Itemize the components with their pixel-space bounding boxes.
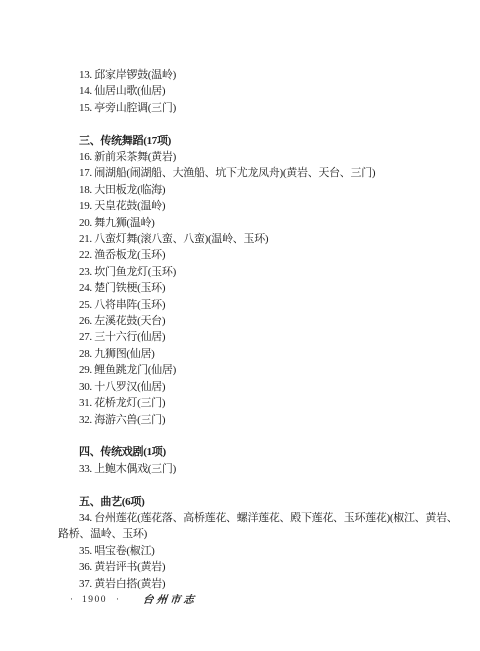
list-item: 19. 天皇花鼓(温岭) (58, 198, 438, 214)
list-item: 33. 上鲍木偶戏(三门) (58, 461, 438, 477)
list-item: 32. 海游六兽(三门) (58, 412, 438, 428)
list-item: 15. 亭旁山腔调(三门) (58, 100, 438, 116)
list-item: 20. 舞九狮(温岭) (58, 215, 438, 231)
page-number: 1900 (82, 595, 107, 605)
list-item: 16. 新前采茶舞(黄岩) (58, 149, 438, 165)
text-column: 13. 邱家岸锣鼓(温岭)14. 仙居山歌(仙居)15. 亭旁山腔调(三门)三、… (58, 67, 438, 592)
list-item: 23. 坎门鱼龙灯(玉环) (58, 264, 438, 280)
continuation-line: 路桥、温岭、玉环) (58, 526, 438, 542)
page-number-dot-right: · (116, 595, 119, 604)
book-title: 台州市志 (142, 592, 198, 607)
list-item: 18. 大田板龙(临海) (58, 182, 438, 198)
blank-line (58, 477, 438, 493)
list-item: 28. 九狮图(仙居) (58, 346, 438, 362)
list-item: 22. 渔岙板龙(玉环) (58, 247, 438, 263)
blank-line (58, 116, 438, 132)
list-item: 31. 花桥龙灯(三门) (58, 395, 438, 411)
list-item: 13. 邱家岸锣鼓(温岭) (58, 67, 438, 83)
blank-line (58, 428, 438, 444)
list-item: 25. 八将串阵(玉环) (58, 297, 438, 313)
list-item: 35. 唱宝卷(椒江) (58, 543, 438, 559)
list-item: 26. 左溪花鼓(天台) (58, 313, 438, 329)
list-item: 29. 鲤鱼跳龙门(仙居) (58, 362, 438, 378)
list-item: 21. 八蛮灯舞(滚八蛮、八蛮)(温岭、玉环) (58, 231, 438, 247)
list-item: 14. 仙居山歌(仙居) (58, 83, 438, 99)
section-heading: 三、传统舞蹈(17项) (58, 133, 438, 149)
footer: · 1900 · 台州市志 (70, 592, 197, 607)
list-item: 30. 十八罗汉(仙居) (58, 379, 438, 395)
section-heading: 五、曲艺(6项) (58, 494, 438, 510)
section-heading: 四、传统戏剧(1项) (58, 444, 438, 460)
list-item: 34. 台州莲花(莲花落、高桥莲花、螺洋莲花、殿下莲花、玉环莲花)(椒江、黄岩、 (58, 510, 438, 526)
list-item: 27. 三十六行(仙居) (58, 329, 438, 345)
list-item: 37. 黄岩白搭(黄岩) (58, 576, 438, 592)
list-item: 24. 楚门铁梗(玉环) (58, 280, 438, 296)
list-item: 17. 闹湖船(闹湖船、大渔船、坑下尤龙凤舟)(黄岩、天台、三门) (58, 165, 438, 181)
page-number-dot-left: · (70, 595, 73, 604)
list-item: 36. 黄岩评书(黄岩) (58, 559, 438, 575)
page: 13. 邱家岸锣鼓(温岭)14. 仙居山歌(仙居)15. 亭旁山腔调(三门)三、… (0, 0, 480, 651)
